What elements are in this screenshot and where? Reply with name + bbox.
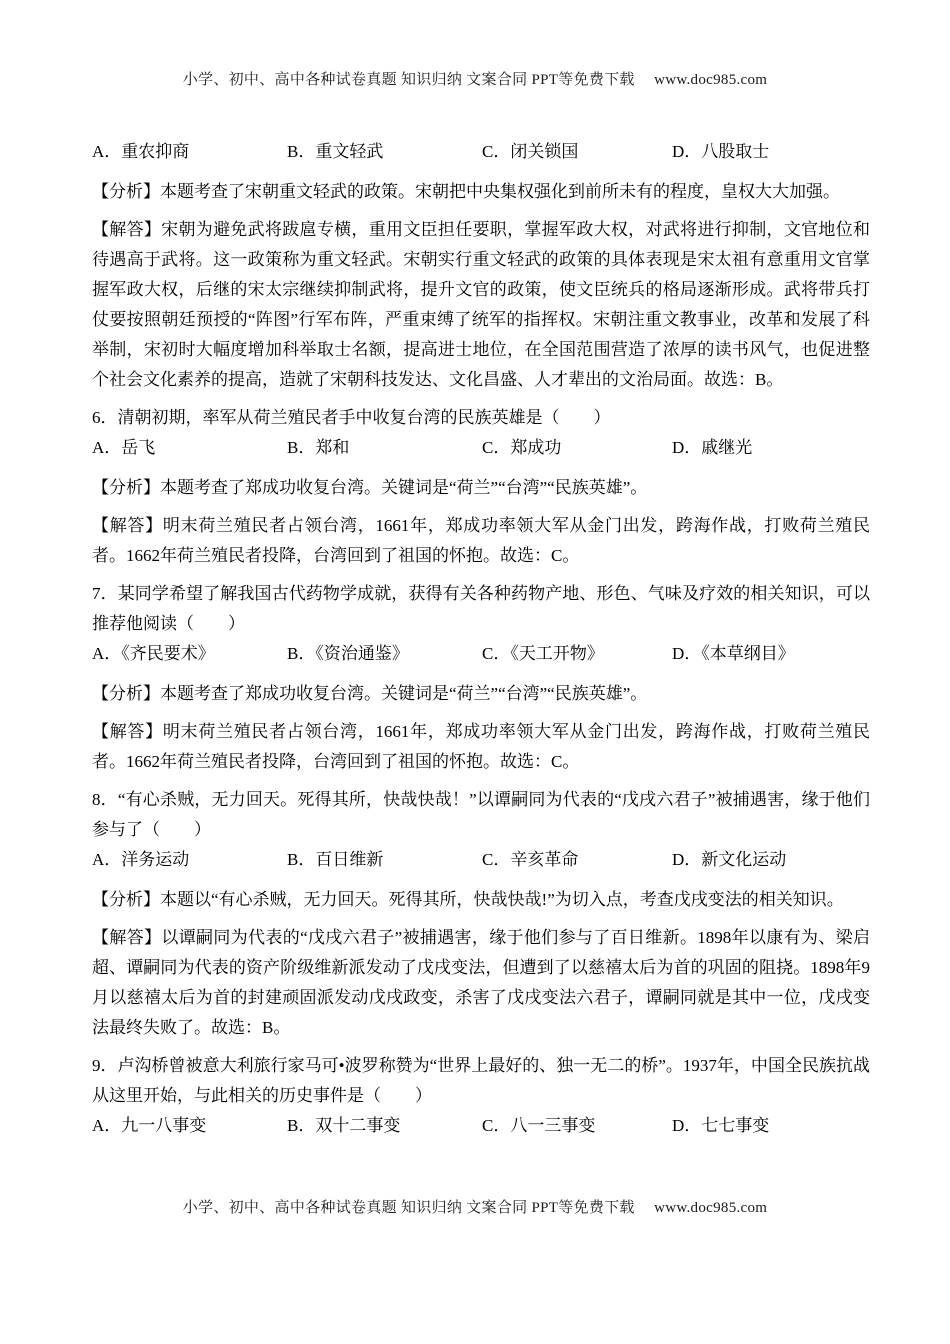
option-b: B．双十二事变 [287,1111,482,1141]
question-9-stem: 9．卢沟桥曾被意大利旅行家马可•波罗称赞为“世界上最好的、独一无二的桥”。193… [92,1051,870,1111]
question-7-options-row: A．《齐民要术》 B．《资治通鉴》 C．《天工开物》 D．《本草纲目》 [92,639,870,669]
option-c: C．郑成功 [482,433,672,463]
option-b: B．重文轻武 [287,137,482,167]
page-header-watermark: 小学、初中、高中各种试卷真题 知识归纳 文案合同 PPT等免费下载 www.do… [0,68,950,89]
question-6-analysis: 【分析】本题考查了郑成功收复台湾。关键词是“荷兰”“台湾”“民族英雄”。 [92,473,870,503]
option-d: D．八股取士 [672,137,870,167]
option-d: D．七七事变 [672,1111,870,1141]
option-c: C．《天工开物》 [482,639,672,669]
question-8-answer: 【解答】以谭嗣同为代表的“戊戌六君子”被捕遇害，缘于他们参与了百日维新。1898… [92,923,870,1043]
option-a: A．《齐民要术》 [92,639,287,669]
question-7-answer: 【解答】明末荷兰殖民者占领台湾，1661年，郑成功率领大军从金门出发，跨海作战，… [92,717,870,777]
option-a: A．重农抑商 [92,137,287,167]
option-d: D．新文化运动 [672,845,870,875]
option-b: B．郑和 [287,433,482,463]
question-8-stem: 8．“有心杀贼，无力回天。死得其所，快哉快哉！”以谭嗣同为代表的“戊戌六君子”被… [92,785,870,845]
document-content: A．重农抑商 B．重文轻武 C．闭关锁国 D．八股取士 【分析】本题考查了宋朝重… [92,137,870,1151]
question-6-stem: 6．清朝初期，率军从荷兰殖民者手中收复台湾的民族英雄是（ ） [92,403,870,433]
option-b: B．《资治通鉴》 [287,639,482,669]
question-5-answer: 【解答】宋朝为避免武将跋扈专横，重用文臣担任要职，掌握军政大权，对武将进行抑制，… [92,215,870,395]
option-c: C．闭关锁国 [482,137,672,167]
question-5-options-row: A．重农抑商 B．重文轻武 C．闭关锁国 D．八股取士 [92,137,870,167]
option-a: A．九一八事变 [92,1111,287,1141]
document-page: 小学、初中、高中各种试卷真题 知识归纳 文案合同 PPT等免费下载 www.do… [0,0,950,1344]
question-8-options-row: A．洋务运动 B．百日维新 C．辛亥革命 D．新文化运动 [92,845,870,875]
option-a: A．洋务运动 [92,845,287,875]
option-c: C．辛亥革命 [482,845,672,875]
question-7-stem: 7．某同学希望了解我国古代药物学成就，获得有关各种药物产地、形色、气味及疗效的相… [92,579,870,639]
question-9-options-row: A．九一八事变 B．双十二事变 C．八一三事变 D．七七事变 [92,1111,870,1141]
question-6-options-row: A．岳飞 B．郑和 C．郑成功 D．戚继光 [92,433,870,463]
question-5-analysis: 【分析】本题考查了宋朝重文轻武的政策。宋朝把中央集权强化到前所未有的程度，皇权大… [92,177,870,207]
question-7-analysis: 【分析】本题考查了郑成功收复台湾。关键词是“荷兰”“台湾”“民族英雄”。 [92,679,870,709]
option-a: A．岳飞 [92,433,287,463]
page-footer-watermark: 小学、初中、高中各种试卷真题 知识归纳 文案合同 PPT等免费下载 www.do… [0,1196,950,1217]
option-d: D．《本草纲目》 [672,639,870,669]
option-d: D．戚继光 [672,433,870,463]
question-6-answer: 【解答】明末荷兰殖民者占领台湾，1661年，郑成功率领大军从金门出发，跨海作战，… [92,511,870,571]
question-8-analysis: 【分析】本题以“有心杀贼，无力回天。死得其所，快哉快哉!”为切入点，考查戊戌变法… [92,885,870,915]
option-b: B．百日维新 [287,845,482,875]
option-c: C．八一三事变 [482,1111,672,1141]
